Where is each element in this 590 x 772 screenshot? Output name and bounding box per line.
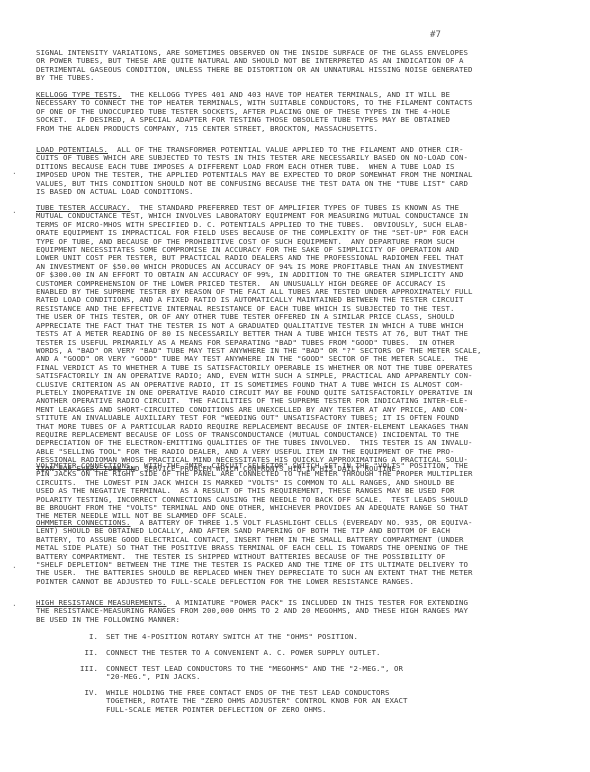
page-number: #7	[430, 31, 441, 39]
margin-dot: ·	[12, 564, 17, 572]
paragraph: KELLOGG TYPE TESTS. THE KELLOGG TYPES 40…	[36, 91, 556, 133]
paragraph: VOLTMETER CONNECTIONS. WITH THE "MTR. CI…	[36, 462, 556, 521]
step-text: CONNECT THE TESTER TO A CONVENIENT A. C.…	[106, 649, 380, 657]
step-text: CONNECT TEST LEAD CONDUCTORS TO THE "MEG…	[106, 665, 403, 682]
paragraph: LOAD POTENTIALS. ALL OF THE TRANSFORMER …	[36, 146, 556, 196]
text-line: DETRIMENTAL GASEOUS CONDITION, UNLESS TH…	[36, 66, 556, 74]
paragraph: SIGNAL INTENSITY VARIATIONS, ARE SOMETIM…	[36, 49, 556, 83]
step-number: II.	[64, 649, 98, 657]
margin-dot: ·	[12, 170, 17, 178]
text-line: IS BASED ON ACTUAL LOAD CONDITIONS.	[36, 188, 556, 196]
text-line: BE USED IN THE FOLLOWING MANNER:	[36, 616, 556, 624]
paragraph: TUBE TESTER ACCURACY. THE STANDARD PREFE…	[36, 204, 556, 473]
text-line: POINTER CANNOT BE ADJUSTED TO FULL-SCALE…	[36, 578, 556, 586]
paragraph: OHMMETER CONNECTIONS. A BATTERY OF THREE…	[36, 519, 556, 586]
margin-dot: ·	[12, 602, 17, 610]
step-number: IV.	[64, 689, 98, 697]
text-line: BY THE TUBES.	[36, 74, 556, 82]
step-number: III.	[64, 665, 98, 673]
document-page: #7 SIGNAL INTENSITY VARIATIONS, ARE SOME…	[0, 0, 590, 772]
text-line: FROM THE ALDEN PRODUCTS COMPANY, 715 CEN…	[36, 125, 556, 133]
step-text: SET THE 4-POSITION ROTARY SWITCH AT THE …	[106, 633, 358, 641]
step-text: WHILE HOLDING THE FREE CONTACT ENDS OF T…	[106, 689, 407, 714]
paragraph: HIGH RESISTANCE MEASUREMENTS. A MINIATUR…	[36, 599, 556, 624]
margin-dot: ·	[12, 209, 17, 217]
step-number: I.	[64, 633, 98, 641]
